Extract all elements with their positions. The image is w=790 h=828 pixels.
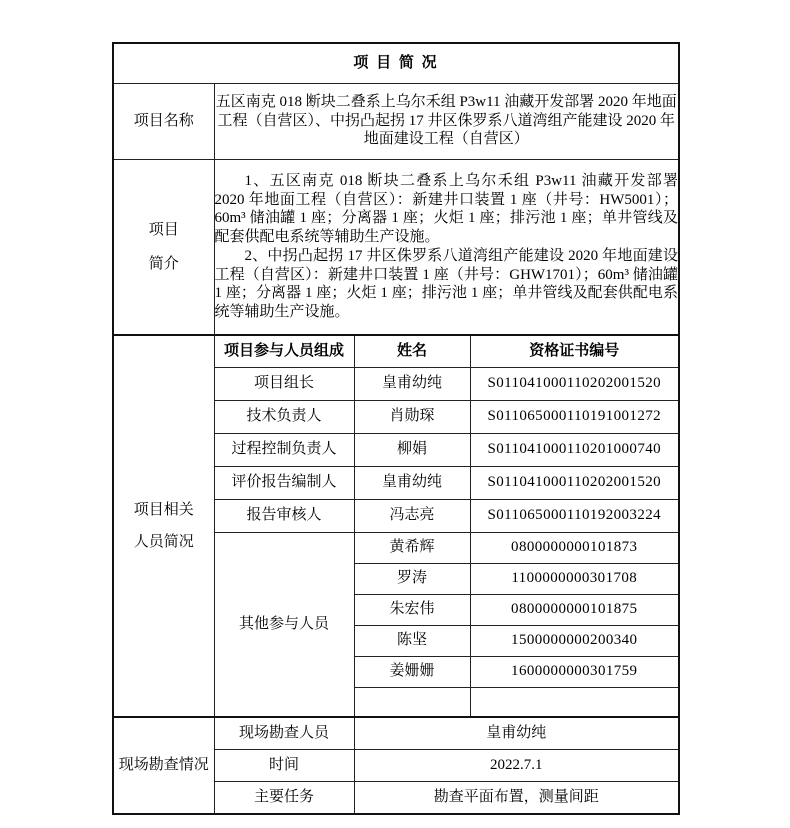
name-cell: 姜姗姗 xyxy=(354,656,470,687)
cert-cell: S011041000110201000740 xyxy=(470,433,679,466)
survey-value-cell: 皇甫幼纯 xyxy=(354,717,679,749)
project-intro-label-line1: 项目 xyxy=(114,221,214,239)
personnel-header-name: 姓名 xyxy=(354,335,470,367)
project-name-row: 项目名称 五区南克 018 断块二叠系上乌尔禾组 P3w11 油藏开发部署 20… xyxy=(113,83,679,159)
name-cell: 黄希辉 xyxy=(354,532,470,563)
cert-cell: 1600000000301759 xyxy=(470,656,679,687)
cert-cell: S011065000110192003224 xyxy=(470,499,679,532)
project-intro-value: 1、五区南克 018 断块二叠系上乌尔禾组 P3w11 油藏开发部署 2020 … xyxy=(214,159,679,335)
name-cell: 陈坚 xyxy=(354,625,470,656)
role-cell: 评价报告编制人 xyxy=(214,466,354,499)
name-cell xyxy=(354,687,470,717)
role-cell: 过程控制负责人 xyxy=(214,433,354,466)
name-cell: 冯志亮 xyxy=(354,499,470,532)
survey-row: 现场勘查情况 现场勘查人员 皇甫幼纯 xyxy=(113,717,679,749)
cert-cell: 0800000000101873 xyxy=(470,532,679,563)
document-page: 项 目 简 况 项目名称 五区南克 018 断块二叠系上乌尔禾组 P3w11 油… xyxy=(112,42,680,815)
name-cell: 皇甫幼纯 xyxy=(354,367,470,400)
role-cell: 报告审核人 xyxy=(214,499,354,532)
personnel-section-label-line1: 项目相关 xyxy=(114,501,214,519)
cert-cell: 0800000000101875 xyxy=(470,594,679,625)
cert-cell: 1500000000200340 xyxy=(470,625,679,656)
project-intro-label: 项目 简介 xyxy=(113,159,214,335)
role-cell: 项目组长 xyxy=(214,367,354,400)
role-cell: 技术负责人 xyxy=(214,400,354,433)
personnel-header-composition: 项目参与人员组成 xyxy=(214,335,354,367)
survey-section-label: 现场勘查情况 xyxy=(113,717,214,814)
name-cell: 罗涛 xyxy=(354,563,470,594)
project-name-value: 五区南克 018 断块二叠系上乌尔禾组 P3w11 油藏开发部署 2020 年地… xyxy=(214,83,679,159)
project-intro-paragraph-2: 2、中拐凸起拐 17 井区侏罗系八道湾组产能建设 2020 年地面建设工程（自营… xyxy=(215,247,679,322)
name-cell: 朱宏伟 xyxy=(354,594,470,625)
personnel-section-label: 项目相关 人员简况 xyxy=(113,335,214,717)
cert-cell: S011041000110202001520 xyxy=(470,466,679,499)
cert-cell: S011041000110202001520 xyxy=(470,367,679,400)
survey-value-cell: 勘查平面布置，测量间距 xyxy=(354,781,679,814)
project-name-label: 项目名称 xyxy=(113,83,214,159)
survey-label-cell: 时间 xyxy=(214,749,354,781)
project-intro-label-line2: 简介 xyxy=(114,255,214,273)
project-overview-table: 项 目 简 况 项目名称 五区南克 018 断块二叠系上乌尔禾组 P3w11 油… xyxy=(112,42,680,815)
personnel-header-row: 项目相关 人员简况 项目参与人员组成 姓名 资格证书编号 xyxy=(113,335,679,367)
title-row: 项 目 简 况 xyxy=(113,43,679,83)
personnel-section-label-line2: 人员简况 xyxy=(114,533,214,551)
name-cell: 肖勋琛 xyxy=(354,400,470,433)
project-intro-row: 项目 简介 1、五区南克 018 断块二叠系上乌尔禾组 P3w11 油藏开发部署… xyxy=(113,159,679,335)
doc-title: 项 目 简 况 xyxy=(113,43,679,83)
others-label-cell: 其他参与人员 xyxy=(214,532,354,717)
survey-label-cell: 主要任务 xyxy=(214,781,354,814)
survey-label-cell: 现场勘查人员 xyxy=(214,717,354,749)
cert-cell xyxy=(470,687,679,717)
survey-value-cell: 2022.7.1 xyxy=(354,749,679,781)
personnel-header-cert: 资格证书编号 xyxy=(470,335,679,367)
cert-cell: S011065000110191001272 xyxy=(470,400,679,433)
cert-cell: 1100000000301708 xyxy=(470,563,679,594)
name-cell: 皇甫幼纯 xyxy=(354,466,470,499)
name-cell: 柳娟 xyxy=(354,433,470,466)
project-intro-paragraph-1: 1、五区南克 018 断块二叠系上乌尔禾组 P3w11 油藏开发部署 2020 … xyxy=(215,172,679,247)
